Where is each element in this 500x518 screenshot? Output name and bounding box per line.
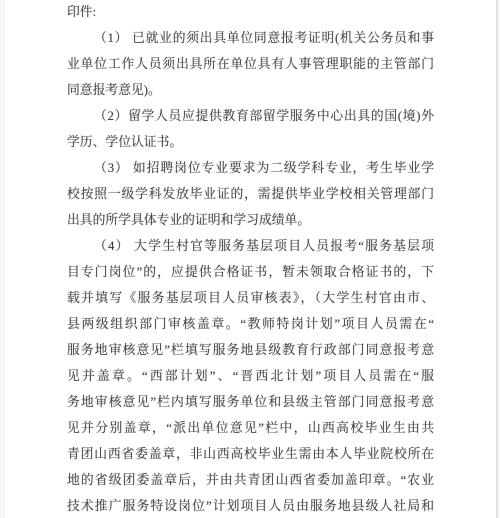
text-line: 载并填写《服务基层项目人员审核表》，（大学生村官由市、 bbox=[67, 285, 434, 311]
text-line: 技术推广服务特设岗位”计划项目人员由服务地县级人社局和 bbox=[67, 493, 434, 518]
text-line: 学历、学位认证书。 bbox=[67, 129, 434, 155]
text-line: 见并分别盖章，“派出单位意见”栏中，山西高校毕业生由共 bbox=[67, 415, 434, 441]
text-line: 校按照一级学科发放毕业证的，需提供毕业学校相关管理部门 bbox=[67, 181, 434, 207]
text-line: （3） 如招聘岗位专业要求为二级学科专业，考生毕业学 bbox=[67, 155, 434, 181]
text-line: 青团山西省委盖章，非山西高校毕业生需由本人毕业院校所在 bbox=[67, 441, 434, 467]
paragraph-item-4: （4） 大学生村官等服务基层项目人员报考“服务基层项 目专门岗位”的，应提供合格… bbox=[67, 233, 434, 518]
text-line: 业单位工作人员须出具所在单位具有人事管理职能的主管部门 bbox=[67, 51, 434, 77]
text-line: （1） 已就业的须出具单位同意报考证明(机关公务员和事 bbox=[67, 25, 434, 51]
text-line: 地的省级团委盖章后，并由共青团山西省委加盖印章。“农业 bbox=[67, 467, 434, 493]
document-page: 印件: （1） 已就业的须出具单位同意报考证明(机关公务员和事 业单位工作人员须… bbox=[0, 0, 500, 518]
paragraph-item-1: （1） 已就业的须出具单位同意报考证明(机关公务员和事 业单位工作人员须出具所在… bbox=[67, 25, 434, 103]
paragraph-intro: 印件: bbox=[67, 0, 434, 25]
text-line: 务地审核意见”栏内填写服务单位和县级主管部门同意报考意 bbox=[67, 389, 434, 415]
text-line: 见并盖章。“西部计划”、“晋西北计划”项目人员需在“服 bbox=[67, 363, 434, 389]
text-line: 印件: bbox=[67, 0, 434, 25]
text-line: 目专门岗位”的，应提供合格证书，暂未领取合格证书的，下 bbox=[67, 259, 434, 285]
paragraph-item-2: （2）留学人员应提供教育部留学服务中心出具的国(境)外 学历、学位认证书。 bbox=[67, 103, 434, 155]
text-line: 县两级组织部门审核盖章。“教师特岗计划”项目人员需在“ bbox=[67, 311, 434, 337]
text-line: 同意报考意见)。 bbox=[67, 77, 434, 103]
page-left-edge-line bbox=[3, 0, 4, 518]
paragraph-item-3: （3） 如招聘岗位专业要求为二级学科专业，考生毕业学 校按照一级学科发放毕业证的… bbox=[67, 155, 434, 233]
document-text: 印件: （1） 已就业的须出具单位同意报考证明(机关公务员和事 业单位工作人员须… bbox=[67, 0, 434, 518]
text-line: 服务地审核意见”栏填写服务地县级教育行政部门同意报考意 bbox=[67, 337, 434, 363]
text-line: （4） 大学生村官等服务基层项目人员报考“服务基层项 bbox=[67, 233, 434, 259]
text-line: 出具的所学具体专业的证明和学习成绩单。 bbox=[67, 207, 434, 233]
text-line: （2）留学人员应提供教育部留学服务中心出具的国(境)外 bbox=[67, 103, 434, 129]
